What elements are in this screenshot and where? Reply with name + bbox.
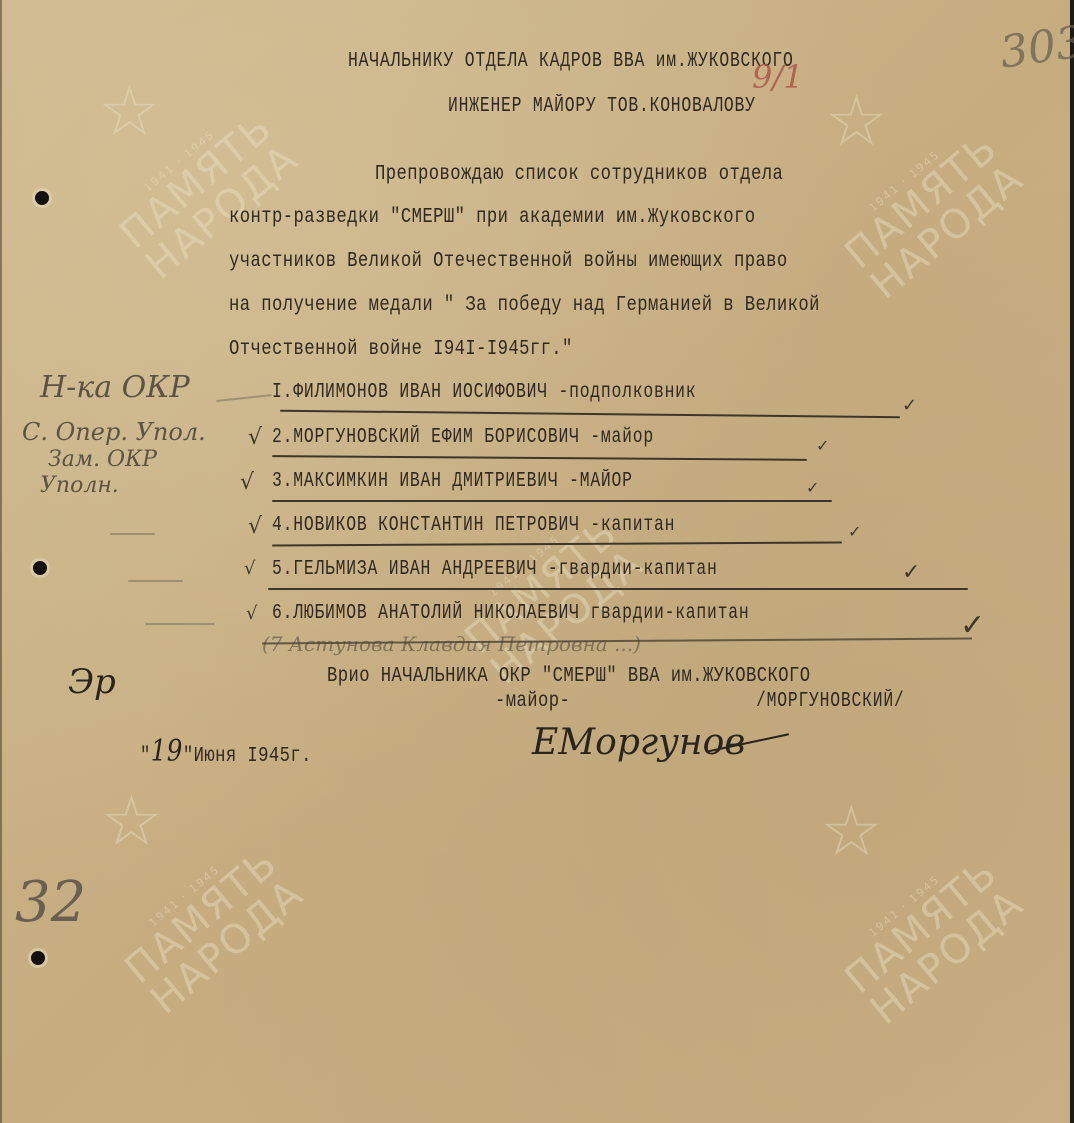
margin-note-top: Н-ка ОКР <box>40 370 190 405</box>
initials-mark: Эр <box>68 662 116 702</box>
addressee-line1: НАЧАЛЬНИКУ ОТДЕЛА КАДРОВ ВВА им.ЖУКОВСКО… <box>348 50 794 73</box>
check-mark-icon: √ <box>248 425 262 450</box>
list-item-name: МОРГУНОВСКИЙ ЕФИМ БОРИСОВИЧ <box>293 426 579 449</box>
check-mark-icon: √ <box>240 470 254 495</box>
punch-hole <box>35 191 49 205</box>
margin-note-bottom-a: Зам. ОКР <box>48 447 157 472</box>
watermark-star-icon: ☆ <box>100 780 163 862</box>
list-item: 6.ЛЮБИМОВ АНАТОЛИЙ НИКОЛАЕВИЧ гвардии-ка… <box>272 602 749 625</box>
list-item-rank: -майор <box>590 426 654 449</box>
list-item-number: 2. <box>272 426 293 449</box>
punch-hole <box>33 561 47 575</box>
check-mark-icon: ✓ <box>902 395 917 416</box>
addressee-line2: ИНЖЕНЕР МАЙОРУ ТОВ.КОНОВАЛОВУ <box>448 95 756 118</box>
list-item: 4.НОВИКОВ КОНСТАНТИН ПЕТРОВИЧ -капитан <box>272 514 675 537</box>
margin-dash <box>128 580 183 582</box>
check-mark-icon: ✓ <box>816 436 829 455</box>
list-item: 3.МАКСИМКИН ИВАН ДМИТРИЕВИЧ -МАЙОР <box>272 470 633 493</box>
handwritten-number: 32 <box>15 870 86 935</box>
check-mark-icon: √ <box>246 603 257 624</box>
body-line-2: контр-разведки "СМЕРШ" при академии им.Ж… <box>229 206 755 229</box>
margin-note-bottom-b: Уполн. <box>40 473 119 498</box>
page-edge-right <box>1070 0 1074 1123</box>
page-edge-left <box>0 0 2 1123</box>
body-line-1: Препровождаю список сотрудников отдела <box>375 163 783 186</box>
margin-dash <box>145 623 215 625</box>
date-day-handwritten: 19 <box>151 734 183 769</box>
underline <box>272 542 842 547</box>
watermark-line1: ПАМЯТЬ <box>838 852 1004 1001</box>
signatory-title: Врио НАЧАЛЬНИКА ОКР "СМЕРШ" ВВА им.ЖУКОВ… <box>327 665 810 688</box>
list-item-name: НОВИКОВ КОНСТАНТИН ПЕТРОВИЧ <box>293 514 579 537</box>
signatory-rank: -майор- <box>495 690 570 713</box>
body-line-5: Отчественной войне I94I-I945гг." <box>229 338 573 361</box>
check-mark-icon: ✓ <box>902 560 920 585</box>
document-date: "19"Июня I945г. <box>140 734 312 769</box>
list-item: I.ФИЛИМОНОВ ИВАН ИОСИФОВИЧ -подполковник <box>272 381 696 404</box>
underline <box>268 588 968 590</box>
check-mark-icon: ✓ <box>806 478 819 497</box>
red-pencil-mark: 9/1 <box>752 58 804 96</box>
margin-connector <box>216 394 272 402</box>
date-month-year: "Июня I945г. <box>183 745 312 768</box>
list-item-number: 6. <box>272 602 293 625</box>
list-item-name: ЛЮБИМОВ АНАТОЛИЙ НИКОЛАЕВИЧ <box>293 602 579 625</box>
margin-dash <box>110 533 155 535</box>
list-item-rank: -подполковник <box>558 381 696 404</box>
archive-page-number: 303 <box>997 16 1074 78</box>
underline <box>272 455 807 461</box>
list-item-number: I. <box>272 381 293 404</box>
watermark-star-icon: ☆ <box>98 70 161 152</box>
check-mark-icon: √ <box>248 514 262 539</box>
list-item-name: ГЕЛЬМИЗА ИВАН АНДРЕЕВИЧ <box>293 558 537 581</box>
list-item-rank: -МАЙОР <box>569 470 633 493</box>
list-item: 5.ГЕЛЬМИЗА ИВАН АНДРЕЕВИЧ -гвардии-капит… <box>272 558 718 581</box>
body-line-4: на получение медали " За победу над Герм… <box>229 294 820 317</box>
list-item-rank: гвардии-капитан <box>590 602 749 625</box>
list-item-number: 4. <box>272 514 293 537</box>
body-line-3: участников Великой Отечественной войны и… <box>229 250 788 273</box>
watermark-star-icon: ☆ <box>820 790 883 872</box>
watermark-star-icon: ☆ <box>825 80 888 162</box>
list-item-number: 3. <box>272 470 293 493</box>
watermark-line2: НАРОДА <box>864 883 1030 1032</box>
check-mark-icon: √ <box>244 558 255 579</box>
date-open-quote: " <box>140 745 151 768</box>
underline <box>280 410 900 418</box>
signature: ЕМоргунов <box>532 722 745 763</box>
list-item-rank: -капитан <box>590 514 675 537</box>
list-item-number: 5. <box>272 558 293 581</box>
watermark-line2: НАРОДА <box>864 158 1030 307</box>
underline <box>272 500 832 502</box>
margin-note-middle: С. Опер. Упол. <box>22 418 206 446</box>
check-mark-icon: ✓ <box>848 522 861 541</box>
list-item-name: МАКСИМКИН ИВАН ДМИТРИЕВИЧ <box>293 470 558 493</box>
list-item: 2.МОРГУНОВСКИЙ ЕФИМ БОРИСОВИЧ -майор <box>272 426 654 449</box>
list-item-name: ФИЛИМОНОВ ИВАН ИОСИФОВИЧ <box>293 381 548 404</box>
punch-hole <box>31 951 45 965</box>
list-item-rank: -гвардии-капитан <box>548 558 718 581</box>
watermark-line1: ПАМЯТЬ <box>118 842 284 991</box>
watermark-line2: НАРОДА <box>144 873 310 1022</box>
signatory-name: /МОРГУНОВСКИЙ/ <box>756 690 905 713</box>
